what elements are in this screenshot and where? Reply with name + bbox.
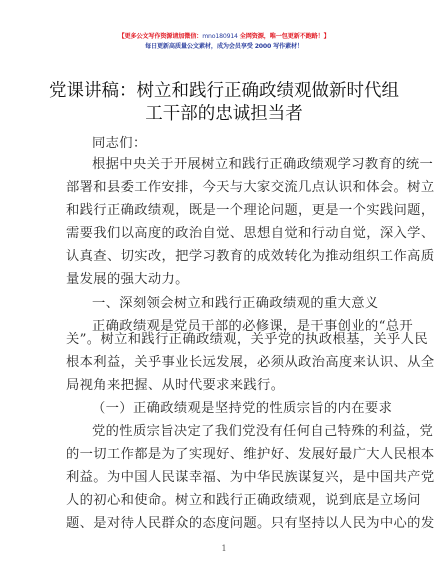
body-line: 量发展的强大动力。 — [66, 271, 384, 289]
promo-banner-line2: 每日更新高质量公文素材，成为会员享受 2000 写作素材！ — [0, 41, 448, 50]
body-line: 根本利益，关乎事业长远发展，必须从政治高度来认识、从全 — [66, 354, 384, 372]
body-line: 部署和县委工作安排，今天与大家交流几点认识和体会。树立 — [66, 179, 384, 197]
body-line: 题、是对待人民群众的态度问题。只有坚持以人民为中心的发 — [66, 515, 384, 533]
promo-text-left: 【更多公文写作资源请加微信： — [118, 33, 202, 40]
document-page: 【更多公文写作资源请加微信：mno180914 全网资源，唯一包更新不跑路！】 … — [0, 0, 448, 580]
body-line: 利益。为中国人民谋幸福、为中华民族谋复兴，是中国共产党 — [66, 469, 384, 487]
body-line: 的一切工作都是为了实现好、维护好、发展好最广大人民根本 — [66, 446, 384, 464]
body-line: 认真查、切实改，把学习教育的成效转化为推动组织工作高质 — [66, 248, 384, 266]
promo-wechat-id: mno180914 — [202, 33, 238, 40]
subsection-heading: （一）正确政绩观是坚持党的性质宗旨的内在要求 — [92, 400, 410, 418]
promo-text-right: 全网资源，唯一包更新不跑路！】 — [238, 33, 330, 40]
document-title-line2: 工干部的忠诚担当者 — [0, 103, 448, 126]
promo-banner-line1: 【更多公文写作资源请加微信：mno180914 全网资源，唯一包更新不跑路！】 — [0, 31, 448, 40]
body-line: 和践行正确政绩观，既是一个理论问题，更是一个实践问题， — [66, 202, 384, 220]
document-title-line1: 党课讲稿：树立和践行正确政绩观做新时代组 — [0, 80, 448, 103]
page-number: 1 — [0, 544, 448, 553]
salutation: 同志们： — [92, 135, 410, 153]
section-heading: 一、深刻领会树立和践行正确政绩观的重大意义 — [92, 295, 410, 313]
body-line: 根据中央关于开展树立和践行正确政绩观学习教育的统一 — [92, 156, 410, 174]
body-line: 关”。树立和践行正确政绩观，关乎党的执政根基，关乎人民 — [66, 331, 384, 349]
body-line: 局视角来把握、从时代要求来践行。 — [66, 377, 384, 395]
body-line: 党的性质宗旨决定了我们党没有任何自己特殊的利益，党 — [92, 423, 410, 441]
body-line: 需要我们以高度的政治自觉、思想自觉和行动自觉，深入学、 — [66, 225, 384, 243]
body-line: 人的初心和使命。树立和践行正确政绩观，说到底是立场问 — [66, 492, 384, 510]
